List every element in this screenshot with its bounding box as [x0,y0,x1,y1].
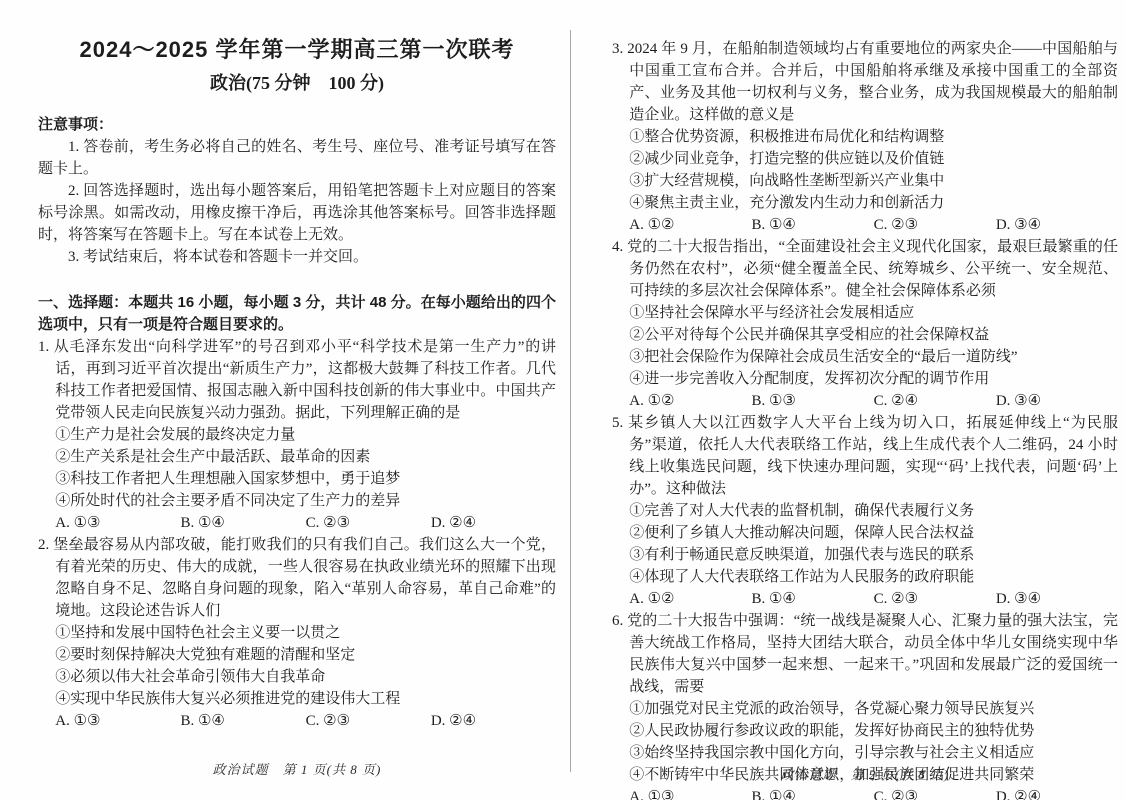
question-5-choice-b: B. ①④ [751,588,873,610]
question-1-stem: 1. 从毛泽东发出“向科学进军”的号召到邓小平“科学技术是第一生产力”的讲话，再… [38,336,556,424]
question-5-item-1: ①完善了对人大代表的监督机制，确保代表履行义务 [612,500,1118,522]
question-5-item-4: ④体现了人大代表联络工作站为人民服务的政府职能 [612,566,1118,588]
question-6-item-1: ①加强党对民主党派的政治领导，各党凝心聚力领导民族复兴 [612,698,1118,720]
page-2: 3. 2024 年 9 月，在船舶制造领域均占有重要地位的两家央企——中国船舶与… [612,0,1118,800]
question-3-item-2: ②减少同业竞争，打造完整的供应链以及价值链 [612,148,1118,170]
question-6-stem: 6. 党的二十大报告中强调：“统一战线是凝聚人心、汇聚力量的强大法宝，完善大统战… [612,610,1118,698]
question-4-item-3: ③把社会保险作为保障社会成员生活安全的“最后一道防线” [612,346,1118,368]
page-1: 2024～2025 学年第一学期高三第一次联考 政治(75 分钟 100 分) … [38,0,556,732]
question-5: 5. 某乡镇人大以江西数字人大平台上线为切入口，拓展延伸线上“为民服务”渠道，依… [612,412,1118,610]
question-5-stem: 5. 某乡镇人大以江西数字人大平台上线为切入口，拓展延伸线上“为民服务”渠道，依… [612,412,1118,500]
question-2-stem: 2. 堡垒最容易从内部攻破，能打败我们的只有我们自己。我们这么大一个党，有着光荣… [38,534,556,622]
question-6-choice-d: D. ②④ [996,786,1041,800]
question-3-choice-c: C. ②③ [874,214,996,236]
column-divider [570,30,571,772]
question-2-choice-a: A. ①③ [55,710,180,732]
question-1-item-1: ①生产力是社会发展的最终决定力量 [38,424,556,446]
question-4-choice-c: C. ②④ [874,390,996,412]
exam-title: 2024～2025 学年第一学期高三第一次联考 [38,36,556,64]
question-4-stem: 4. 党的二十大报告指出，“全面建设社会主义现代化国家，最艰巨最繁重的任务仍然在… [612,236,1118,302]
question-2: 2. 堡垒最容易从内部攻破，能打败我们的只有我们自己。我们这么大一个党，有着光荣… [38,534,556,732]
section-heading-multiple-choice: 一、选择题：本题共 16 小题，每小题 3 分，共计 48 分。在每小题给出的四… [38,292,556,336]
question-4-item-4: ④进一步完善收入分配制度，发挥初次分配的调节作用 [612,368,1118,390]
question-1-choices: A. ①③ B. ①④ C. ②③ D. ②④ [38,512,556,534]
exam-paper-scan: 2024～2025 学年第一学期高三第一次联考 政治(75 分钟 100 分) … [0,0,1126,800]
notice-heading: 注意事项： [38,114,556,136]
notice-item-3: 3. 考试结束后，将本试卷和答题卡一并交回。 [38,246,556,268]
question-2-choices: A. ①③ B. ①④ C. ②③ D. ②④ [38,710,556,732]
question-1-choice-c: C. ②③ [306,512,431,534]
question-3-item-1: ①整合优势资源，积极推进布局优化和结构调整 [612,126,1118,148]
question-3-stem: 3. 2024 年 9 月，在船舶制造领域均占有重要地位的两家央企——中国船舶与… [612,38,1118,126]
question-5-choice-a: A. ①② [629,588,751,610]
question-3-item-4: ④聚焦主责主业，充分激发内生动力和创新活力 [612,192,1118,214]
question-1-choice-a: A. ①③ [55,512,180,534]
question-4: 4. 党的二十大报告指出，“全面建设社会主义现代化国家，最艰巨最繁重的任务仍然在… [612,236,1118,412]
question-4-choice-a: A. ①② [629,390,751,412]
question-6-choices: A. ①③ B. ①④ C. ②③ D. ②④ [612,786,1118,800]
question-3: 3. 2024 年 9 月，在船舶制造领域均占有重要地位的两家央企——中国船舶与… [612,38,1118,236]
question-1-item-3: ③科技工作者把人生理想融入国家梦想中，勇于追梦 [38,468,556,490]
question-2-item-3: ③必须以伟大社会革命引领伟大自我革命 [38,666,556,688]
question-4-choices: A. ①② B. ①③ C. ②④ D. ③④ [612,390,1118,412]
exam-subject-line: 政治(75 分钟 100 分) [38,71,556,95]
question-3-choice-b: B. ①④ [751,214,873,236]
question-1-item-2: ②生产关系是社会生产中最活跃、最革命的因素 [38,446,556,468]
question-6-choice-c: C. ②③ [874,786,996,800]
question-1-choice-b: B. ①④ [180,512,305,534]
notice-item-1: 1. 答卷前，考生务必将自己的姓名、考生号、座位号、准考证号填写在答题卡上。 [38,136,556,180]
question-2-item-4: ④实现中华民族伟大复兴必须推进党的建设伟大工程 [38,688,556,710]
question-6-item-2: ②人民政协履行参政议政的职能，发挥好协商民主的独特优势 [612,720,1118,742]
question-6-choice-b: B. ①④ [751,786,873,800]
question-4-item-1: ①坚持社会保障水平与经济社会发展相适应 [612,302,1118,324]
page-1-footer: 政治试题 第 1 页(共 8 页) [38,759,556,781]
question-2-choice-c: C. ②③ [306,710,431,732]
question-2-choice-b: B. ①④ [180,710,305,732]
question-3-choices: A. ①② B. ①④ C. ②③ D. ③④ [612,214,1118,236]
page-2-footer: 政治试题 第 2 页(共 8 页) [612,764,1118,786]
question-1-item-4: ④所处时代的社会主要矛盾不同决定了生产力的差异 [38,490,556,512]
question-3-item-3: ③扩大经营规模，向战略性垄断型新兴产业集中 [612,170,1118,192]
question-5-choices: A. ①② B. ①④ C. ②③ D. ③④ [612,588,1118,610]
question-1: 1. 从毛泽东发出“向科学进军”的号召到邓小平“科学技术是第一生产力”的讲话，再… [38,336,556,534]
question-2-item-1: ①坚持和发展中国特色社会主义要一以贯之 [38,622,556,644]
notice-item-2: 2. 回答选择题时，选出每小题答案后，用铅笔把答题卡上对应题目的答案标号涂黑。如… [38,180,556,246]
question-4-choice-b: B. ①③ [751,390,873,412]
question-5-choice-d: D. ③④ [996,588,1041,610]
question-6-item-3: ③始终坚持我国宗教中国化方向，引导宗教与社会主义相适应 [612,742,1118,764]
question-4-choice-d: D. ③④ [996,390,1041,412]
question-5-item-2: ②便利了乡镇人大推动解决问题，保障人民合法权益 [612,522,1118,544]
question-1-choice-d: D. ②④ [431,512,476,534]
question-4-item-2: ②公平对待每个公民并确保其享受相应的社会保障权益 [612,324,1118,346]
question-5-choice-c: C. ②③ [874,588,996,610]
question-2-choice-d: D. ②④ [431,710,476,732]
question-5-item-3: ③有利于畅通民意反映渠道，加强代表与选民的联系 [612,544,1118,566]
question-3-choice-a: A. ①② [629,214,751,236]
question-6-choice-a: A. ①③ [629,786,751,800]
question-2-item-2: ②要时刻保持解决大党独有难题的清醒和坚定 [38,644,556,666]
question-3-choice-d: D. ③④ [996,214,1041,236]
